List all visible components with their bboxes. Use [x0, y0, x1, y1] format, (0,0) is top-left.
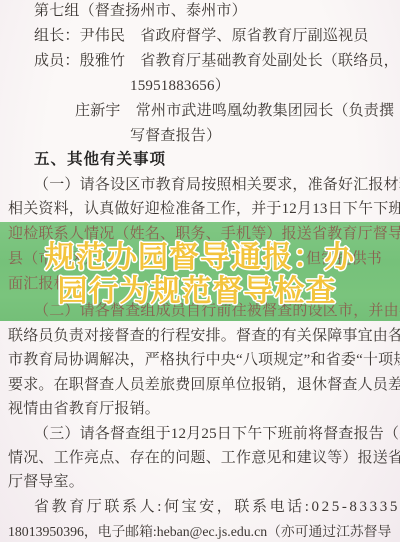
- doc-line-item2-cont1: 联络员负责对接督查的行程安排。督查的有关保障事宜由各设区: [8, 327, 400, 345]
- doc-line-item3-cont1: 情况、工作亮点、存在的问题、工作意见和建议等）报送省教育: [8, 449, 400, 467]
- doc-line-member-2: 庄新宇 常州市武进鸣凰幼教集团园长（负责撰: [75, 102, 394, 120]
- watermark-title-line-2: 园行为规范督导检查: [58, 275, 337, 308]
- doc-line-contact-cont: 18013950396，电子邮箱:heban@ec.js.edu.cn（亦可通过…: [8, 523, 391, 541]
- doc-section-heading: 五、其他有关事项: [34, 151, 166, 169]
- doc-line-member-1: 成员：殷雅竹 省教育厅基础教育处副处长（联络员，: [34, 52, 399, 70]
- doc-line-item2-cont4: 视情由省教育厅报销。: [8, 400, 160, 418]
- doc-line-group-leader: 组长：尹伟民 省政府督学、原省教育厅副巡视员: [34, 27, 368, 45]
- doc-line-item2-cont3: 要求。在职督查人员差旅费回原单位报销，退休督查人员差旅费: [8, 376, 400, 394]
- doc-line-member-2-cont: 写督查报告）: [130, 127, 221, 145]
- watermark-title-line-1: 规范办园督导通报：办: [45, 241, 355, 274]
- watermark-title: 规范办园督导通报：办 园行为规范督导检查: [0, 222, 400, 322]
- doc-line-group7-header: 第七组（督查扬州市、泰州市）: [34, 2, 247, 20]
- doc-line-item2-cont2: 市教育局协调解决，严格执行中央“八项规定”和省委“十项规定”: [8, 351, 400, 369]
- doc-line-contact: 省教育厅联系人:何宝安，联系电话:025-83335673、: [34, 498, 400, 516]
- doc-line-item1-cont: 相关资料，认真做好迎检准备工作，并于12月13日下午下班前将: [8, 200, 400, 218]
- doc-line-phone: 15951883656）: [130, 77, 230, 95]
- doc-line-item1: （一）请各设区市教育局按照相关要求，准备好汇报材料和: [34, 176, 400, 194]
- doc-line-item3: （三）请各督查组于12月25日下午下班前将督查报告（基本: [34, 425, 400, 443]
- doc-line-item3-cont2: 厅督导室。: [8, 473, 84, 491]
- document-page: 第七组（督查扬州市、泰州市） 组长：尹伟民 省政府督学、原省教育厅副巡视员 成员…: [0, 0, 400, 542]
